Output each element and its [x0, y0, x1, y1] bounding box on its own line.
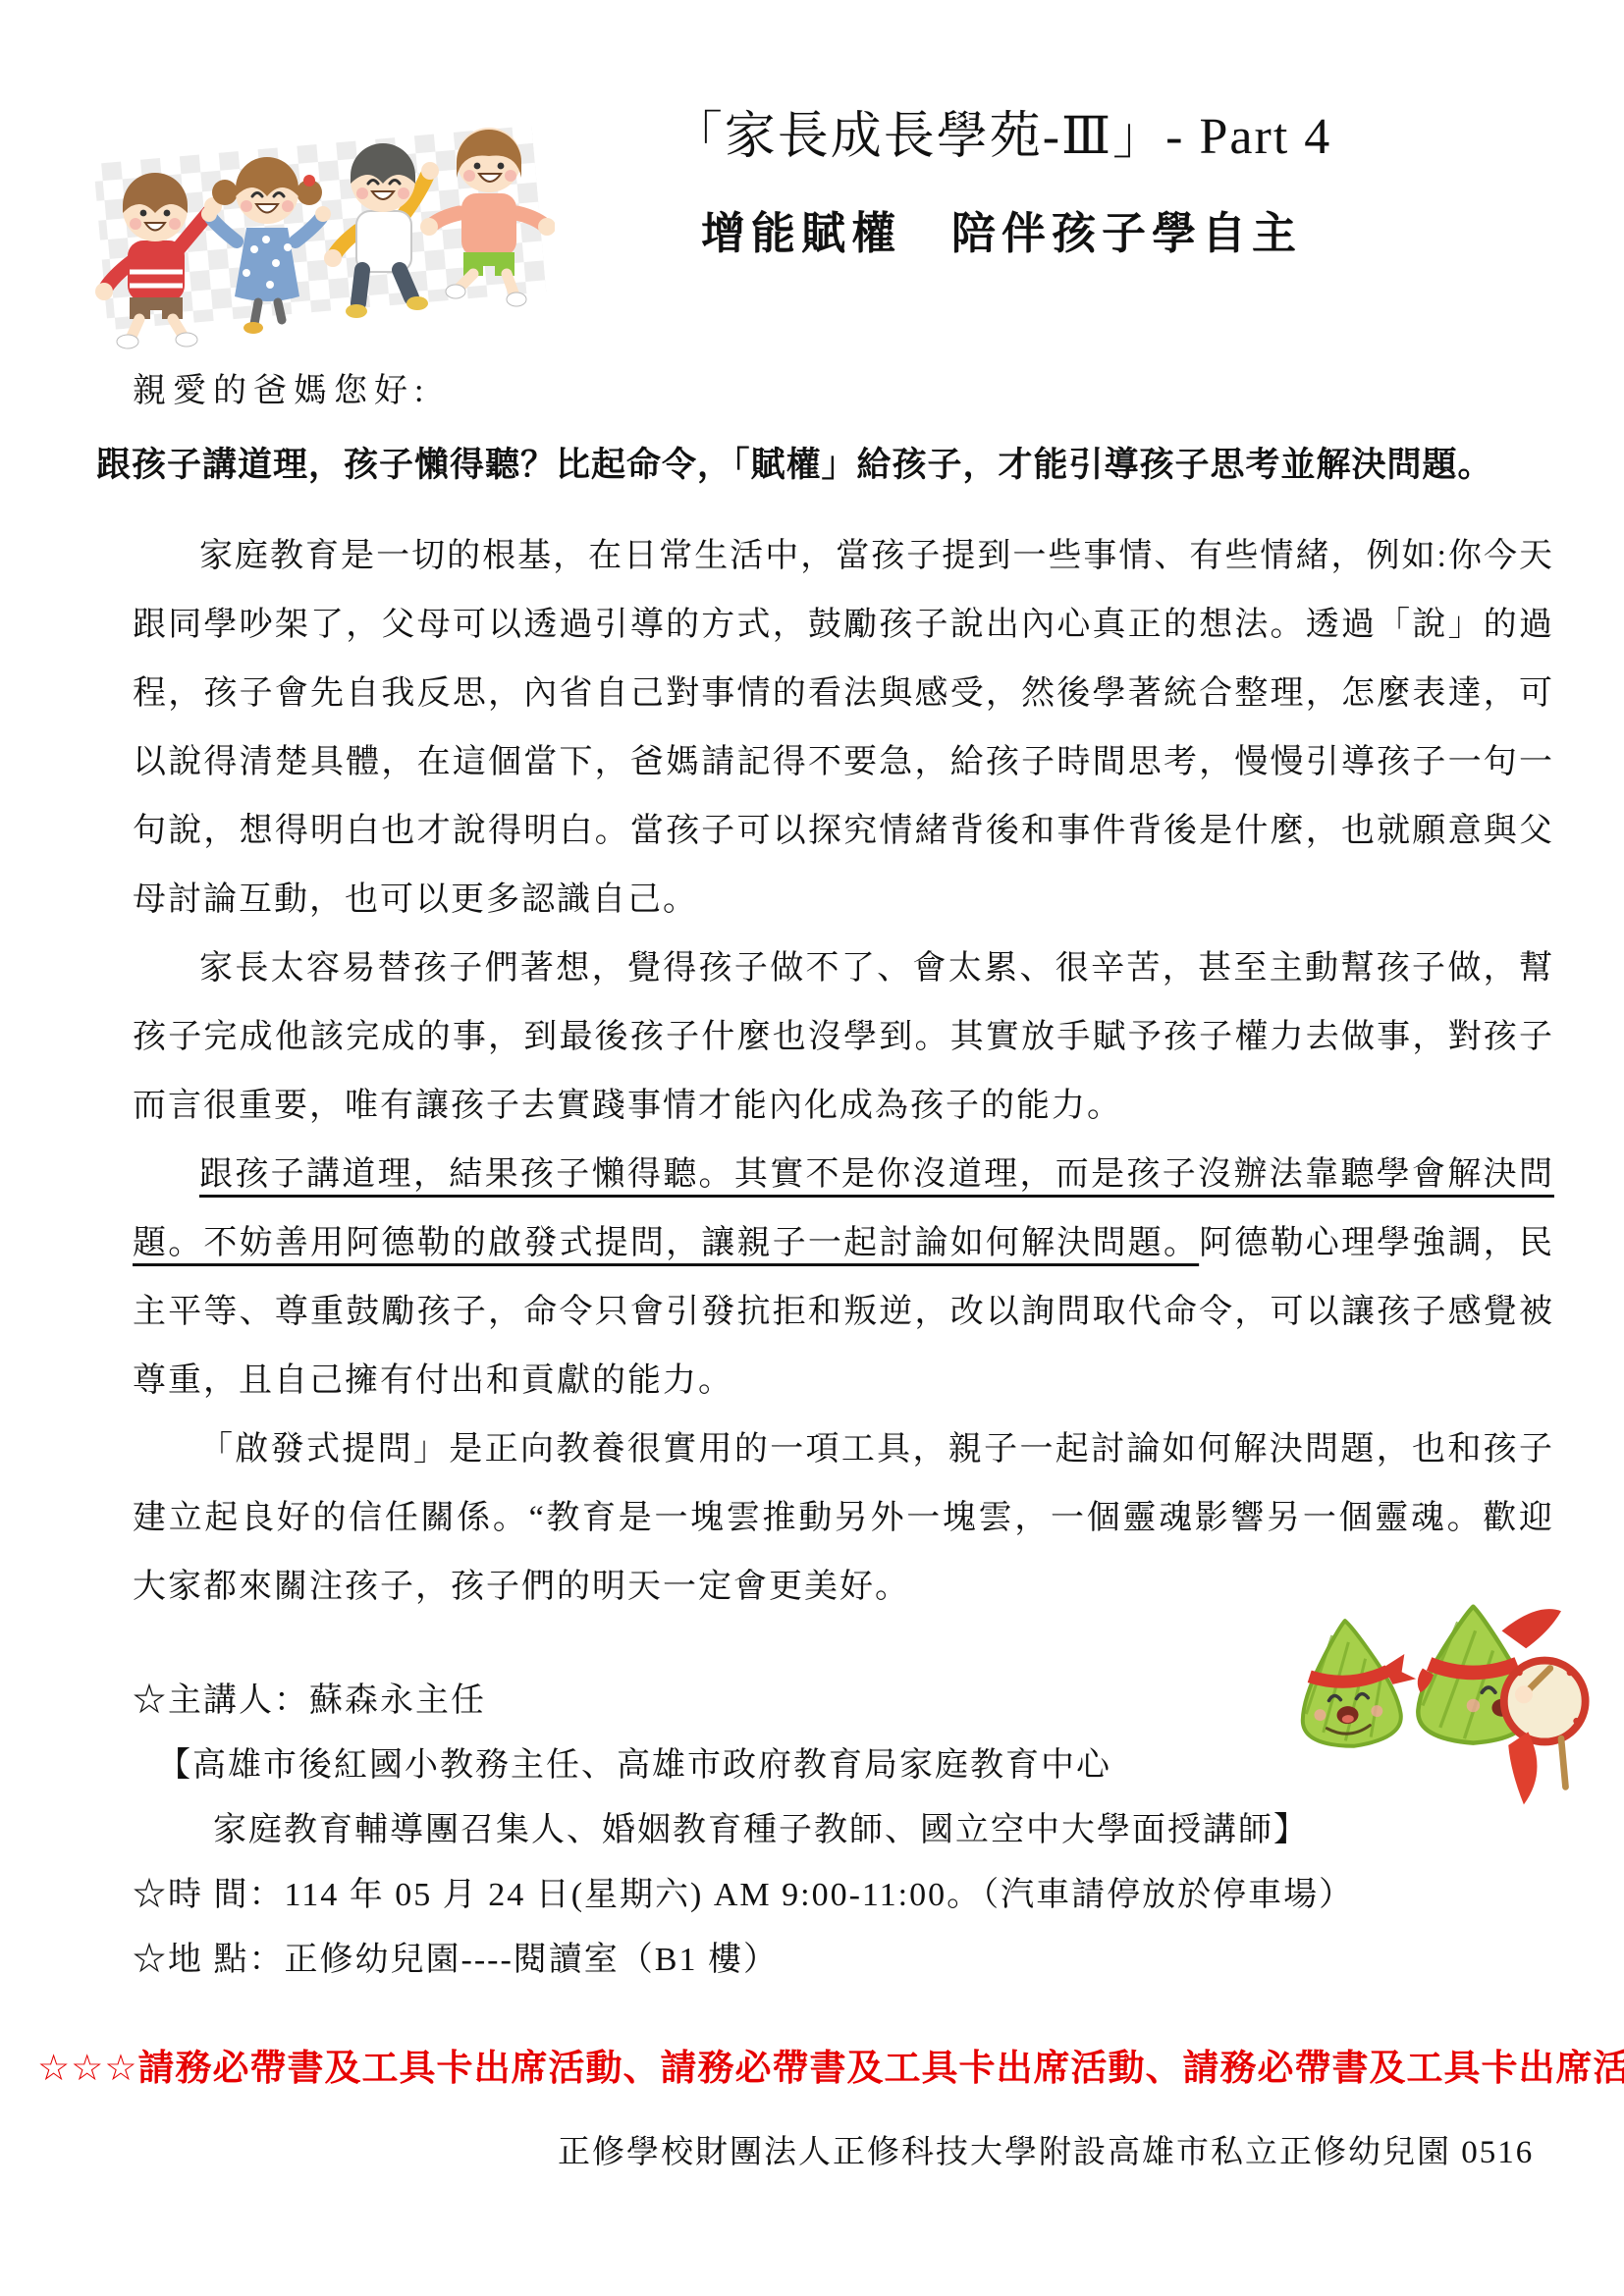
event-details: ☆主講人：蘇森永主任 【高雄市後紅國小教務主任、高雄市政府教育局家庭教育中心 家… — [133, 1669, 1354, 1993]
time-line: ☆時 間：114 年 05 月 24 日(星期六) AM 9:00-11:00。… — [133, 1863, 1354, 1928]
zongzi-illustration-svg — [1259, 1549, 1597, 1814]
paragraph-2: 家長太容易替孩子們著想，覺得孩子做不了、會太累、很辛苦，甚至主動幫孩子做，幫孩子… — [133, 934, 1554, 1141]
greeting-line: 親愛的爸媽您好: — [133, 363, 430, 411]
children-illustration-svg — [88, 83, 555, 358]
title-block: 「家長成長學苑-Ⅲ」- Part 4 增能賦權 陪伴孩子學自主 — [535, 94, 1468, 261]
paragraph-1: 家庭教育是一切的根基，在日常生活中，當孩子提到一些事情、有些情緒，例如:你今天跟… — [133, 522, 1554, 934]
flyer-page: { "header": { "title": "「家長成長學苑-Ⅲ」- Part… — [0, 0, 1624, 2296]
page-title: 「家長成長學苑-Ⅲ」- Part 4 — [535, 94, 1468, 168]
lead-statement: 跟孩子講道理，孩子懶得聽？比起命令，「賦權」給孩子，才能引導孩子思考並解決問題。 — [96, 438, 1559, 487]
speaker-line: ☆主講人：蘇森永主任 — [133, 1669, 1354, 1734]
location-line: ☆地 點：正修幼兒園----閱讀室（B1 樓） — [133, 1928, 1354, 1993]
speaker-credentials-line-2: 家庭教育輔導團召集人、婚姻教育種子教師、國立空中大學面授講師】 — [133, 1798, 1354, 1863]
paragraph-3: 跟孩子講道理，結果孩子懶得聽。其實不是你沒道理，而是孩子沒辦法靠聽學會解決問題。… — [133, 1141, 1554, 1415]
children-illustration — [88, 83, 555, 358]
speaker-credentials-line-1: 【高雄市後紅國小教務主任、高雄市政府教育局家庭教育中心 — [133, 1734, 1354, 1798]
attendance-warning: ☆☆☆請務必帶書及工具卡出席活動、請務必帶書及工具卡出席活動、請務必帶書及工具卡… — [37, 2038, 1593, 2091]
body-text: 家庭教育是一切的根基，在日常生活中，當孩子提到一些事情、有些情緒，例如:你今天跟… — [133, 522, 1554, 1622]
page-subtitle: 增能賦權 陪伴孩子學自主 — [535, 197, 1468, 261]
zongzi-illustration — [1259, 1549, 1597, 1814]
footer-organization: 正修學校財團法人正修科技大學附設高雄市私立正修幼兒園 0516 — [558, 2126, 1534, 2172]
